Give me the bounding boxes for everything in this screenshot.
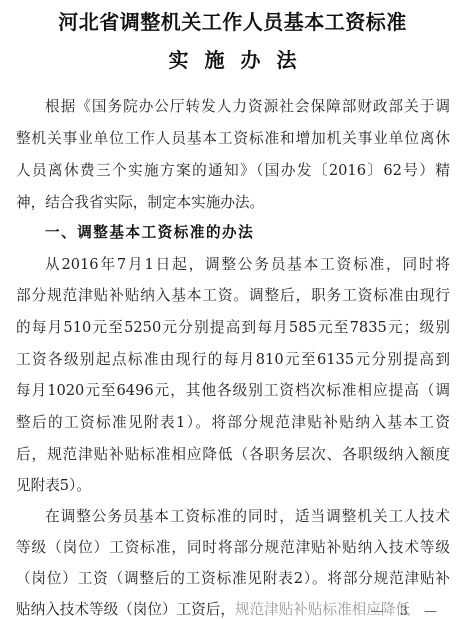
paragraph-line: 神，结合我省实际，制定本实施办法。 — [16, 193, 450, 213]
paragraph-line: 的每月510元至5250元分别提高到每月585元至7835元；级别 — [16, 318, 450, 338]
paragraph-line: 整后的工资标准见附表1）。将部分规范津贴补贴纳入基本工资 — [16, 413, 450, 433]
paragraph-line: 根据《国务院办公厅转发人力资源社会保障部财政部关于调 — [45, 97, 450, 117]
paragraph-line: 整机关事业单位工作人员基本工资标准和增加机关事业单位离休 — [16, 129, 450, 149]
paragraph-line: 见附表5）。 — [16, 476, 450, 496]
paragraph-line: （岗位）工资（调整后的工资标准见附表2）。将部分规范津贴补 — [16, 569, 450, 589]
page-number: — 3 — — [370, 604, 443, 619]
paragraph-line: 后，规范津贴补贴标准相应降低（各职务层次、各职级纳入额度 — [16, 445, 450, 465]
document-subtitle: 实施办法 — [0, 48, 465, 72]
section-heading: 一、调整基本工资标准的办法 — [45, 223, 450, 243]
paragraph-line: 工资各级别起点标准由现行的每月810元至6135元分别提高到 — [16, 350, 450, 370]
paragraph-line: 每月1020元至6496元，其他各级别工资档次标准相应提高（调 — [16, 381, 450, 401]
paragraph-line: 贴纳入技术等级（岗位）工资后，规范津贴补贴标准相应降低 — [16, 600, 410, 619]
paragraph-line-text: 贴纳入技术等级（岗位）工资后， — [16, 601, 235, 618]
paragraph-line: 等级（岗位）工资标准，同时将部分规范津贴补贴纳入技术等级 — [16, 538, 450, 558]
paragraph-line: 人员离休费三个实施方案的通知》（国办发〔2016〕62号）精 — [16, 161, 450, 181]
paragraph-line: 部分规范津贴补贴纳入基本工资。调整后，职务工资标准由现行 — [16, 286, 450, 306]
document-title: 河北省调整机关工作人员基本工资标准 — [0, 10, 465, 34]
paragraph-line: 从2016年7月1日起，调整公务员基本工资标准，同时将 — [45, 255, 450, 275]
paragraph-line: 在调整公务员基本工资标准的同时，适当调整机关工人技术 — [45, 507, 450, 527]
